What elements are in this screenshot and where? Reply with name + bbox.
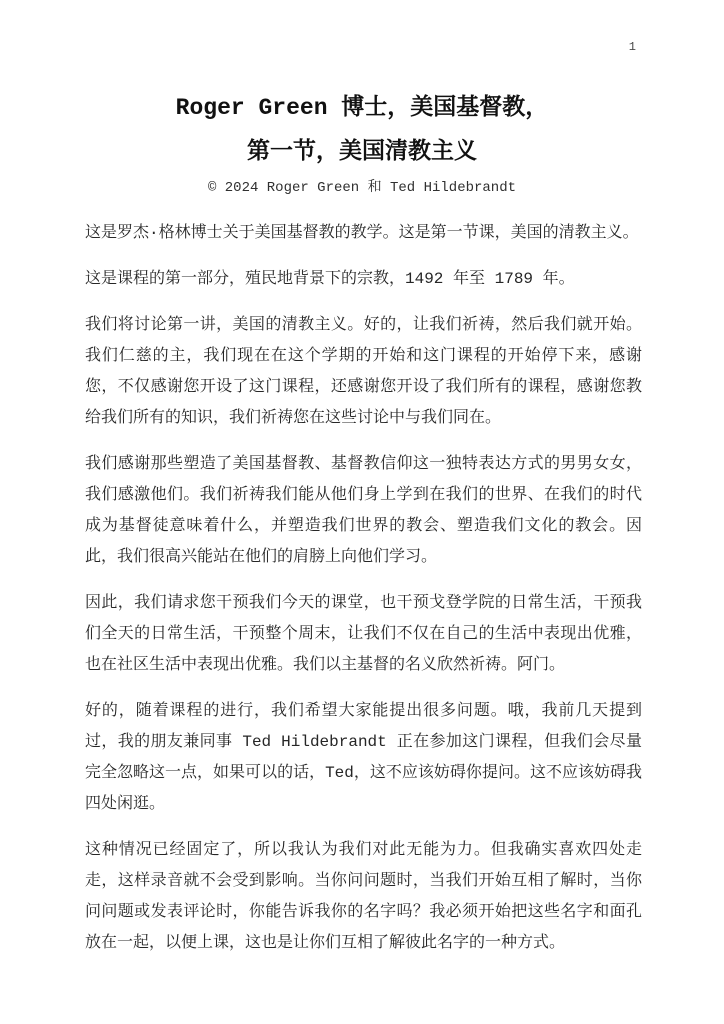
copyright-line: © 2024 Roger Green 和 Ted Hildebrandt <box>0 179 724 197</box>
title-line-2: 第一节，美国清教主义 <box>0 130 724 174</box>
page-number: 1 <box>629 40 636 54</box>
document-title: Roger Green 博士，美国基督教， 第一节，美国清教主义 <box>0 0 724 174</box>
paragraph: 这是罗杰·格林博士关于美国基督教的教学。这是第一节课，美国的清教主义。 <box>85 218 642 249</box>
paragraph: 我们感谢那些塑造了美国基督教、基督教信仰这一独特表达方式的男男女女，我们感激他们… <box>85 449 642 573</box>
paragraph: 好的，随着课程的进行，我们希望大家能提出很多问题。哦，我前几天提到过，我的朋友兼… <box>85 696 642 820</box>
document-body: 这是罗杰·格林博士关于美国基督教的教学。这是第一节课，美国的清教主义。这是课程的… <box>85 218 642 959</box>
paragraph: 因此，我们请求您干预我们今天的课堂，也干预戈登学院的日常生活，干预我们全天的日常… <box>85 588 642 681</box>
paragraph: 这种情况已经固定了，所以我认为我们对此无能为力。但我确实喜欢四处走走，这样录音就… <box>85 835 642 959</box>
paragraph: 这是课程的第一部分，殖民地背景下的宗教，1492 年至 1789 年。 <box>85 264 642 295</box>
document-page: 1 Roger Green 博士，美国基督教， 第一节，美国清教主义 © 202… <box>0 0 724 1024</box>
paragraph: 我们将讨论第一讲，美国的清教主义。好的，让我们祈祷，然后我们就开始。我们仁慈的主… <box>85 310 642 434</box>
title-line-1: Roger Green 博士，美国基督教， <box>0 86 724 130</box>
